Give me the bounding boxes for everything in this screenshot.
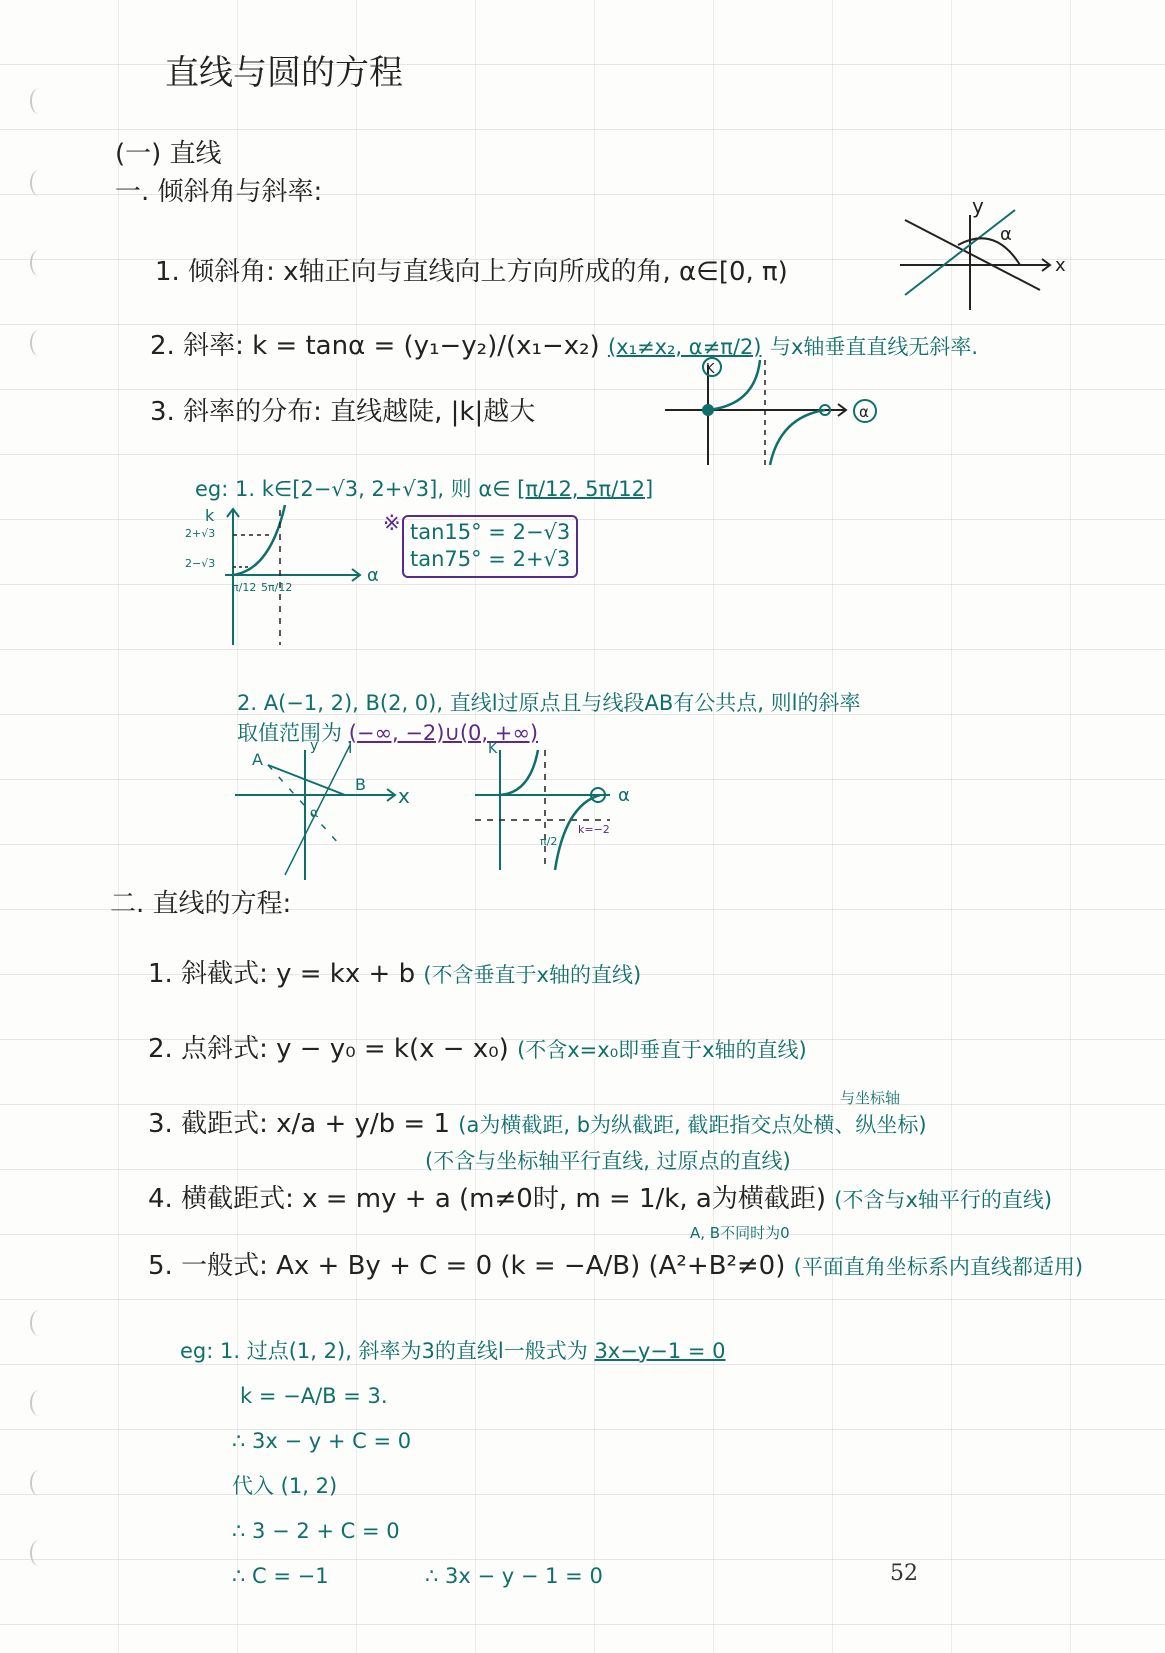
example-3-step: 代入 (1, 2) — [232, 1475, 337, 1498]
intercept-note-2: (不含与坐标轴平行直线, 过原点的直线) — [425, 1150, 791, 1173]
svg-text:l: l — [348, 738, 352, 757]
example-3-step: ∴ C = −1 — [232, 1565, 329, 1588]
example-2-right-graph: K α k=−2 π/2 — [470, 745, 670, 875]
svg-text:y: y — [972, 194, 984, 218]
svg-text:π/12: π/12 — [232, 581, 256, 594]
svg-text:k=−2: k=−2 — [578, 823, 610, 836]
tan-identity-box: tan15° = 2−√3 tan75° = 2+√3 — [402, 515, 578, 578]
example-3-question: eg: 1. 过点(1, 2), 斜率为3的直线l一般式为 3x−y−1 = 0 — [180, 1340, 726, 1363]
svg-text:π/2: π/2 — [540, 835, 557, 848]
binder-hole — [30, 1310, 48, 1336]
general-form-superscript: A, B不同时为0 — [690, 1225, 790, 1242]
section-heading: (一) 直线 — [115, 140, 222, 169]
note-mark: ※ — [383, 512, 401, 535]
example-3-conclusion: ∴ 3x − y − 1 = 0 — [425, 1565, 603, 1588]
svg-text:K: K — [488, 741, 498, 757]
sub-heading: 一. 倾斜角与斜率: — [115, 178, 322, 207]
k-alpha-diagram: K α — [660, 355, 900, 470]
binder-hole — [30, 250, 48, 276]
svg-text:y: y — [310, 738, 318, 754]
example-2-question: 2. A(−1, 2), B(2, 0), 直线l过原点且与线段AB有公共点, … — [237, 692, 861, 715]
binder-hole — [30, 170, 48, 196]
binder-hole — [30, 88, 48, 114]
example-1-question: eg: 1. k∈[2−√3, 2+√3], 则 α∈ [π/12, 5π/12… — [195, 478, 653, 501]
svg-text:5π/12: 5π/12 — [261, 581, 292, 594]
form-x-intercept: 4. 横截距式: x = my + a (m≠0时, m = 1/k, a为横截… — [148, 1185, 1052, 1214]
example-3-step: ∴ 3x − y + C = 0 — [232, 1430, 411, 1453]
form-intercept: 3. 截距式: x/a + y/b = 1 (a为横截距, b为纵截距, 截距指… — [148, 1110, 927, 1139]
section-2-heading: 二. 直线的方程: — [110, 890, 291, 919]
svg-text:K: K — [706, 362, 715, 377]
svg-text:k: k — [205, 506, 215, 525]
svg-text:B: B — [355, 775, 366, 794]
svg-text:2+√3: 2+√3 — [185, 527, 215, 540]
form-point-slope: 2. 点斜式: y − y₀ = k(x − x₀) (不含x=x₀即垂直于x轴… — [148, 1035, 807, 1064]
svg-text:x: x — [1055, 255, 1066, 276]
svg-text:α: α — [1000, 224, 1012, 245]
example-3-step: k = −A/B = 3. — [240, 1385, 388, 1408]
example-1-graph: 2+√3 2−√3 π/12 5π/12 k α — [175, 505, 375, 650]
page-number: 52 — [890, 1562, 918, 1586]
binder-hole — [30, 1390, 48, 1416]
svg-text:α: α — [310, 806, 319, 821]
incline-angle-diagram: y x α — [900, 195, 1080, 315]
form-general: 5. 一般式: Ax + By + C = 0 (k = −A/B) (A²+B… — [148, 1252, 1083, 1281]
svg-text:x: x — [398, 784, 410, 808]
example-3-step: ∴ 3 − 2 + C = 0 — [232, 1520, 400, 1543]
binder-hole — [30, 1540, 48, 1566]
item-incline-angle: 1. 倾斜角: x轴正向与直线向上方向所成的角, α∈[0, π) — [155, 258, 788, 287]
svg-text:α: α — [367, 565, 379, 586]
intercept-superscript: 与坐标轴 — [840, 1090, 900, 1107]
binder-hole — [30, 330, 48, 356]
page-title: 直线与圆的方程 — [165, 55, 403, 92]
example-2-left-graph: y l A B x α — [230, 745, 430, 885]
svg-text:A: A — [252, 750, 263, 769]
binder-hole — [30, 1470, 48, 1496]
form-slope-intercept: 1. 斜截式: y = kx + b (不含垂直于x轴的直线) — [148, 960, 641, 989]
svg-text:α: α — [859, 403, 869, 421]
svg-text:α: α — [618, 785, 630, 806]
svg-text:2−√3: 2−√3 — [185, 557, 215, 570]
item-slope-distribution: 3. 斜率的分布: 直线越陡, |k|越大 — [150, 398, 535, 427]
